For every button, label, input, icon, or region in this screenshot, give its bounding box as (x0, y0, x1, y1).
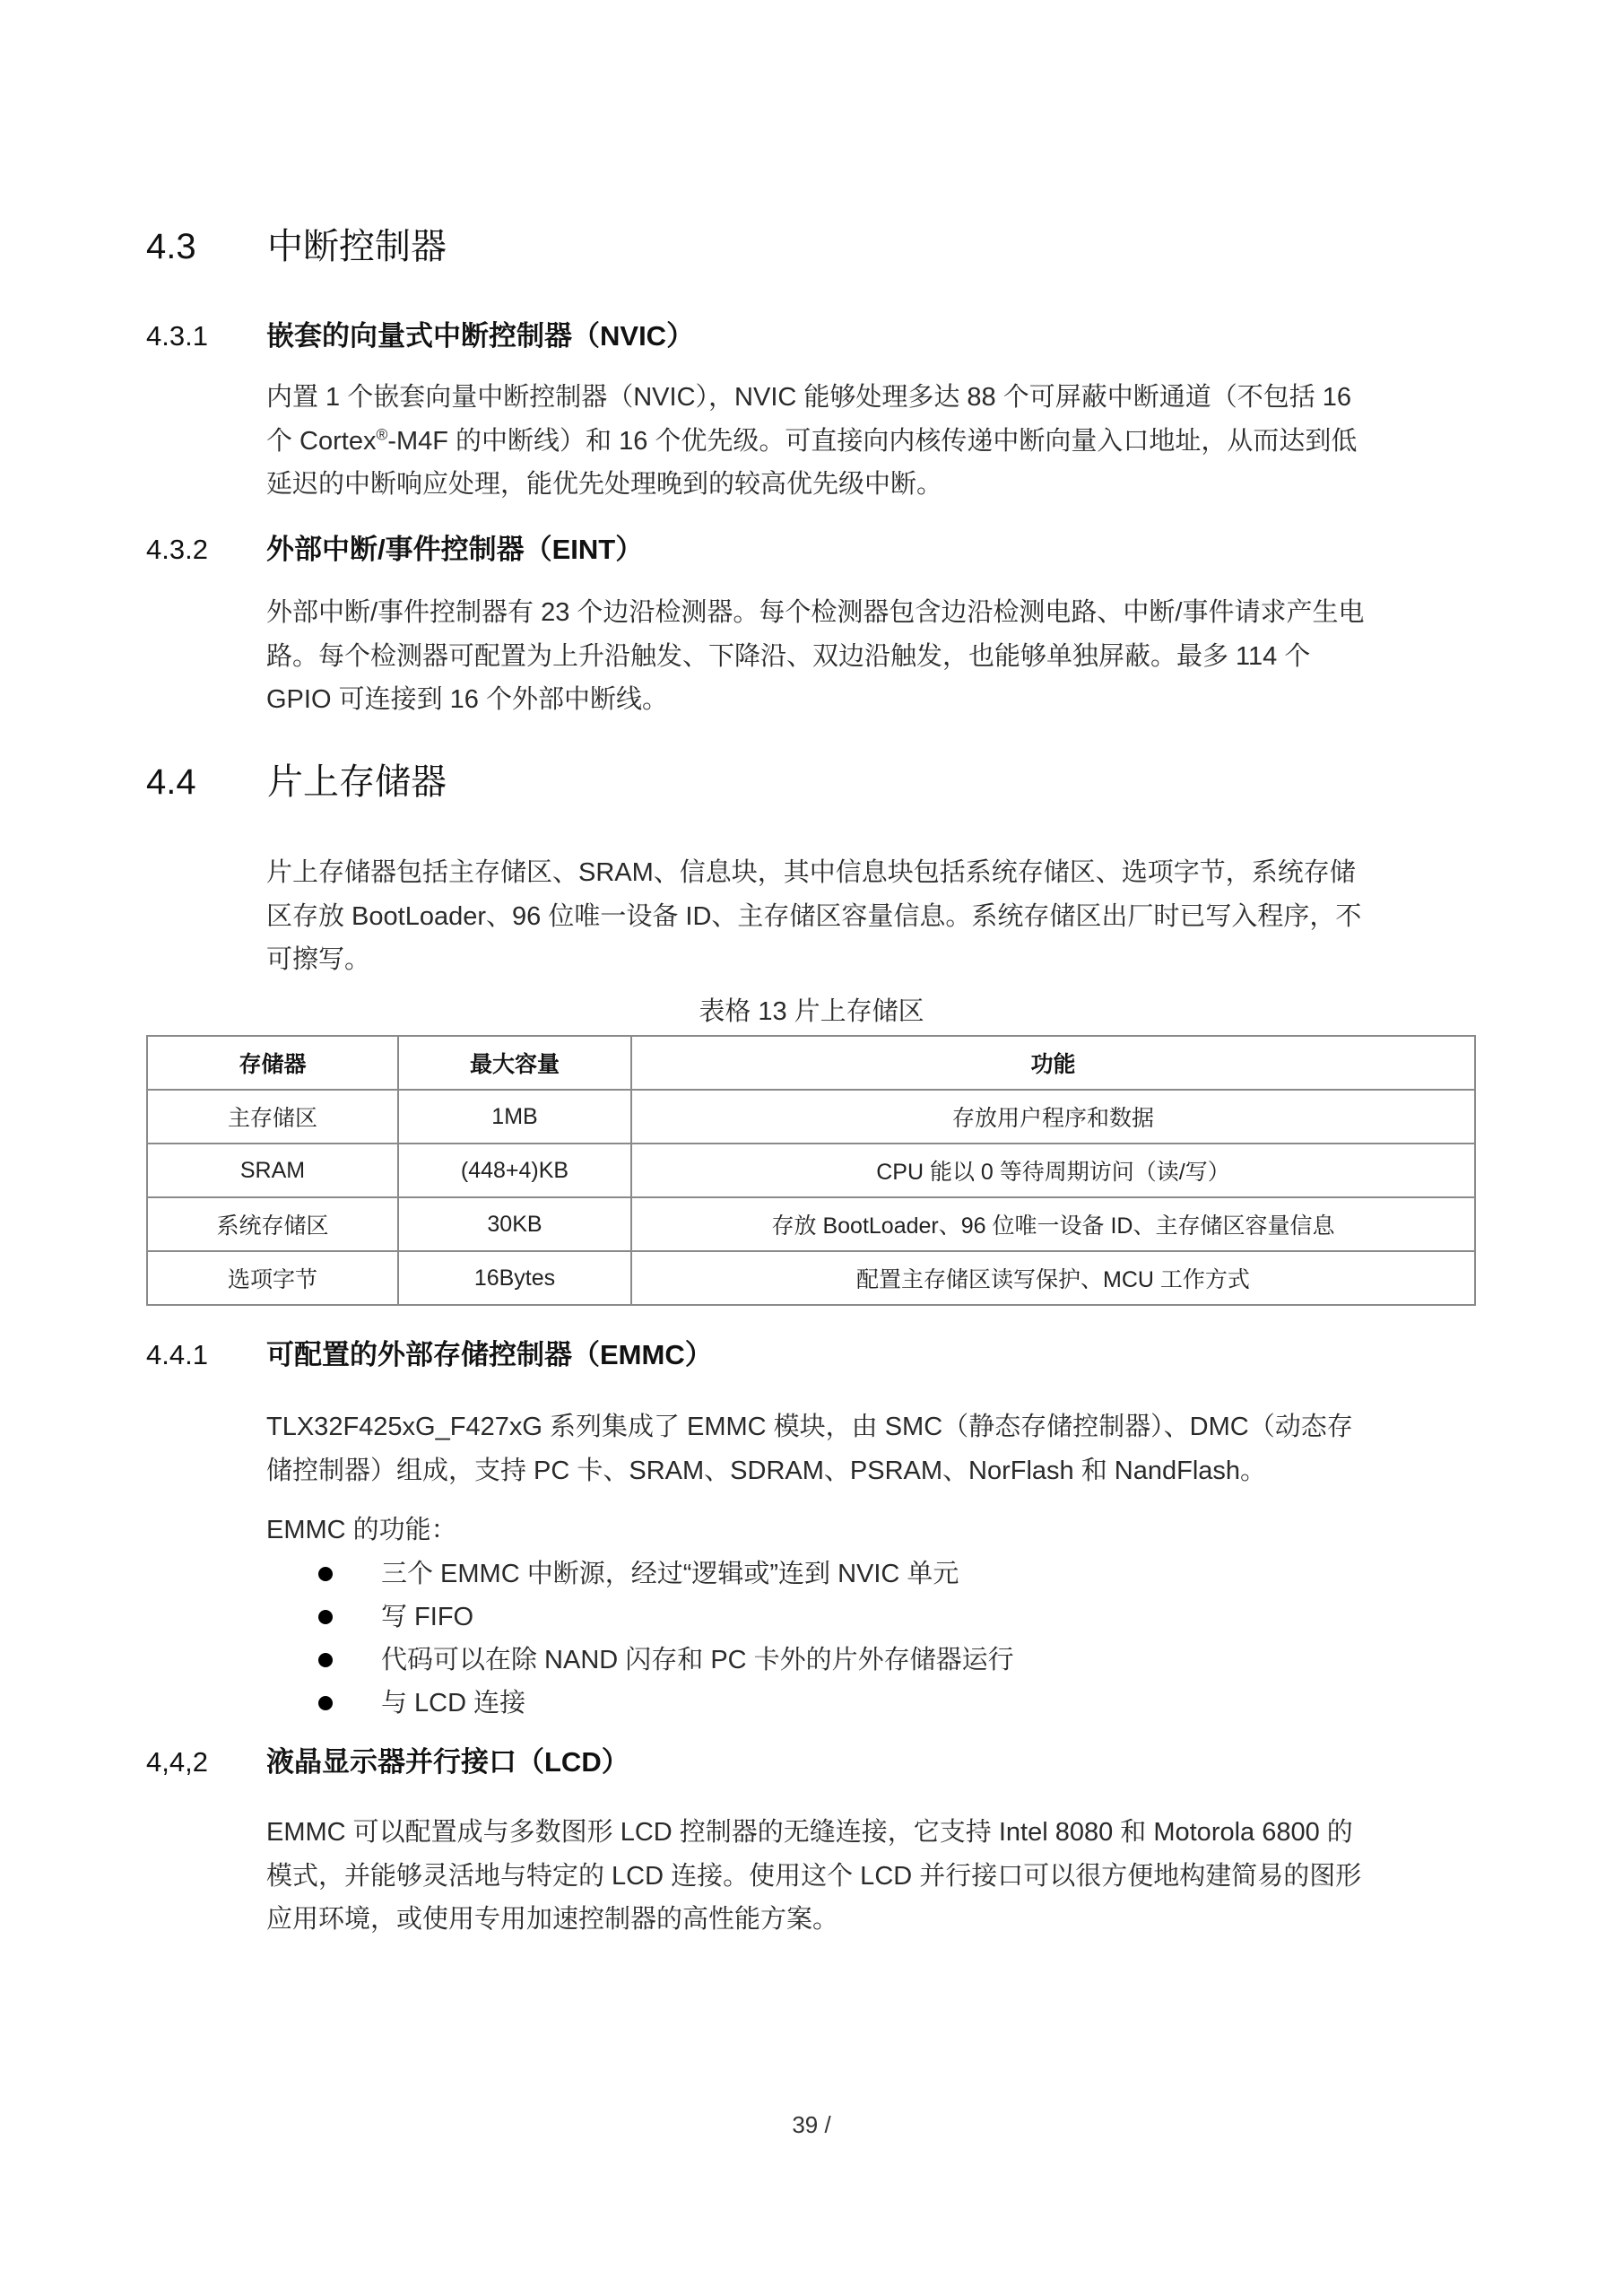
section-number-4-3-2: 4.3.2 (146, 532, 208, 568)
paragraph-eint: 外部中断/事件控制器有 23 个边沿检测器。每个检测器包含边沿检测电路、中断/事… (266, 591, 1468, 722)
page-number: 39 / (0, 2111, 1623, 2139)
table-cell: 系统存储区 (147, 1197, 398, 1251)
table-cell: 30KB (398, 1197, 631, 1251)
text-fragment: 个 Cortex (266, 427, 376, 456)
paragraph-line: 路。每个检测器可配置为上升沿触发、下降沿、双边沿触发，也能够单独屏蔽。最多 11… (266, 635, 1468, 679)
table-cell: SRAM (147, 1144, 398, 1197)
table-cell: 存放 BootLoader、96 位唯一设备 ID、主存储区容量信息 (631, 1197, 1475, 1251)
paragraph-lcd: EMMC 可以配置成与多数图形 LCD 控制器的无缝连接，它支持 Intel 8… (266, 1811, 1468, 1942)
section-title-4-4-1: 可配置的外部存储控制器（EMMC） (266, 1337, 713, 1373)
table-caption: 表格 13 片上存储区 (0, 996, 1623, 1028)
emmc-features-label: EMMC 的功能： (266, 1512, 457, 1548)
section-number-4-4-1: 4.4.1 (146, 1337, 208, 1373)
list-item: 写 FIFO (381, 1599, 473, 1635)
table-cell: 选项字节 (147, 1251, 398, 1305)
table-cell: 主存储区 (147, 1090, 398, 1144)
table-row: 主存储区 1MB 存放用户程序和数据 (147, 1090, 1475, 1144)
section-number-4-3: 4.3 (146, 225, 196, 268)
paragraph-line: 延迟的中断响应处理，能优先处理晚到的较高优先级中断。 (266, 463, 1468, 507)
section-number-4-3-1: 4.3.1 (146, 318, 208, 354)
section-title-4-4-2: 液晶显示器并行接口（LCD） (266, 1744, 629, 1780)
paragraph-line: GPIO 可连接到 16 个外部中断线。 (266, 678, 1468, 722)
section-title-4-3-2: 外部中断/事件控制器（EINT） (266, 532, 643, 568)
paragraph-emmc: TLX32F425xG_F427xG 系列集成了 EMMC 模块，由 SMC（静… (266, 1405, 1468, 1492)
bullet-icon (318, 1610, 333, 1624)
table-cell: 配置主存储区读写保护、MCU 工作方式 (631, 1251, 1475, 1305)
table-row: SRAM (448+4)KB CPU 能以 0 等待周期访问（读/写） (147, 1144, 1475, 1197)
table-header-row: 存储器 最大容量 功能 (147, 1036, 1475, 1090)
table-cell: (448+4)KB (398, 1144, 631, 1197)
table-row: 系统存储区 30KB 存放 BootLoader、96 位唯一设备 ID、主存储… (147, 1197, 1475, 1251)
list-item: 与 LCD 连接 (381, 1685, 525, 1721)
paragraph-line: 可擦写。 (266, 938, 1468, 982)
paragraph-line: 储控制器）组成，支持 PC 卡、SRAM、SDRAM、PSRAM、NorFlas… (266, 1449, 1468, 1493)
list-item: 三个 EMMC 中断源，经过“逻辑或”连到 NVIC 单元 (381, 1556, 959, 1592)
table-cell: 1MB (398, 1090, 631, 1144)
paragraph-line: 区存放 BootLoader、96 位唯一设备 ID、主存储区容量信息。系统存储… (266, 895, 1468, 939)
bullet-icon (318, 1653, 333, 1667)
section-number-4-4-2: 4,4,2 (146, 1744, 208, 1780)
table-cell: 存放用户程序和数据 (631, 1090, 1475, 1144)
paragraph-line: 外部中断/事件控制器有 23 个边沿检测器。每个检测器包含边沿检测电路、中断/事… (266, 591, 1468, 635)
table-row: 选项字节 16Bytes 配置主存储区读写保护、MCU 工作方式 (147, 1251, 1475, 1305)
bullet-icon (318, 1567, 333, 1581)
registered-mark: ® (376, 425, 387, 443)
paragraph-line: 内置 1 个嵌套向量中断控制器（NVIC），NVIC 能够处理多达 88 个可屏… (266, 376, 1468, 420)
paragraph-line: 个 Cortex®-M4F 的中断线）和 16 个优先级。可直接向内核传递中断向… (266, 420, 1468, 464)
paragraph-line: TLX32F425xG_F427xG 系列集成了 EMMC 模块，由 SMC（静… (266, 1405, 1468, 1449)
table-header-cell: 功能 (631, 1036, 1475, 1090)
table-cell: 16Bytes (398, 1251, 631, 1305)
section-title-4-3: 中断控制器 (267, 225, 447, 268)
table-header-cell: 最大容量 (398, 1036, 631, 1090)
memory-table: 存储器 最大容量 功能 主存储区 1MB 存放用户程序和数据 SRAM (448… (146, 1035, 1476, 1306)
paragraph-line: 应用环境，或使用专用加速控制器的高性能方案。 (266, 1898, 1468, 1942)
bullet-icon (318, 1696, 333, 1710)
paragraph-line: 模式，并能够灵活地与特定的 LCD 连接。使用这个 LCD 并行接口可以很方便地… (266, 1855, 1468, 1899)
section-title-4-3-1: 嵌套的向量式中断控制器（NVIC） (266, 318, 694, 354)
table-header-cell: 存储器 (147, 1036, 398, 1090)
table-cell: CPU 能以 0 等待周期访问（读/写） (631, 1144, 1475, 1197)
paragraph-onchip-memory: 片上存储器包括主存储区、SRAM、信息块，其中信息块包括系统存储区、选项字节，系… (266, 851, 1468, 982)
list-item: 代码可以在除 NAND 闪存和 PC 卡外的片外存储器运行 (381, 1642, 1014, 1678)
paragraph-line: EMMC 可以配置成与多数图形 LCD 控制器的无缝连接，它支持 Intel 8… (266, 1811, 1468, 1855)
section-title-4-4: 片上存储器 (267, 761, 447, 804)
section-number-4-4: 4.4 (146, 761, 196, 804)
paragraph-line: 片上存储器包括主存储区、SRAM、信息块，其中信息块包括系统存储区、选项字节，系… (266, 851, 1468, 895)
text-fragment: -M4F 的中断线）和 16 个优先级。可直接向内核传递中断向量入口地址，从而达… (387, 427, 1357, 456)
paragraph-nvic: 内置 1 个嵌套向量中断控制器（NVIC），NVIC 能够处理多达 88 个可屏… (266, 376, 1468, 507)
